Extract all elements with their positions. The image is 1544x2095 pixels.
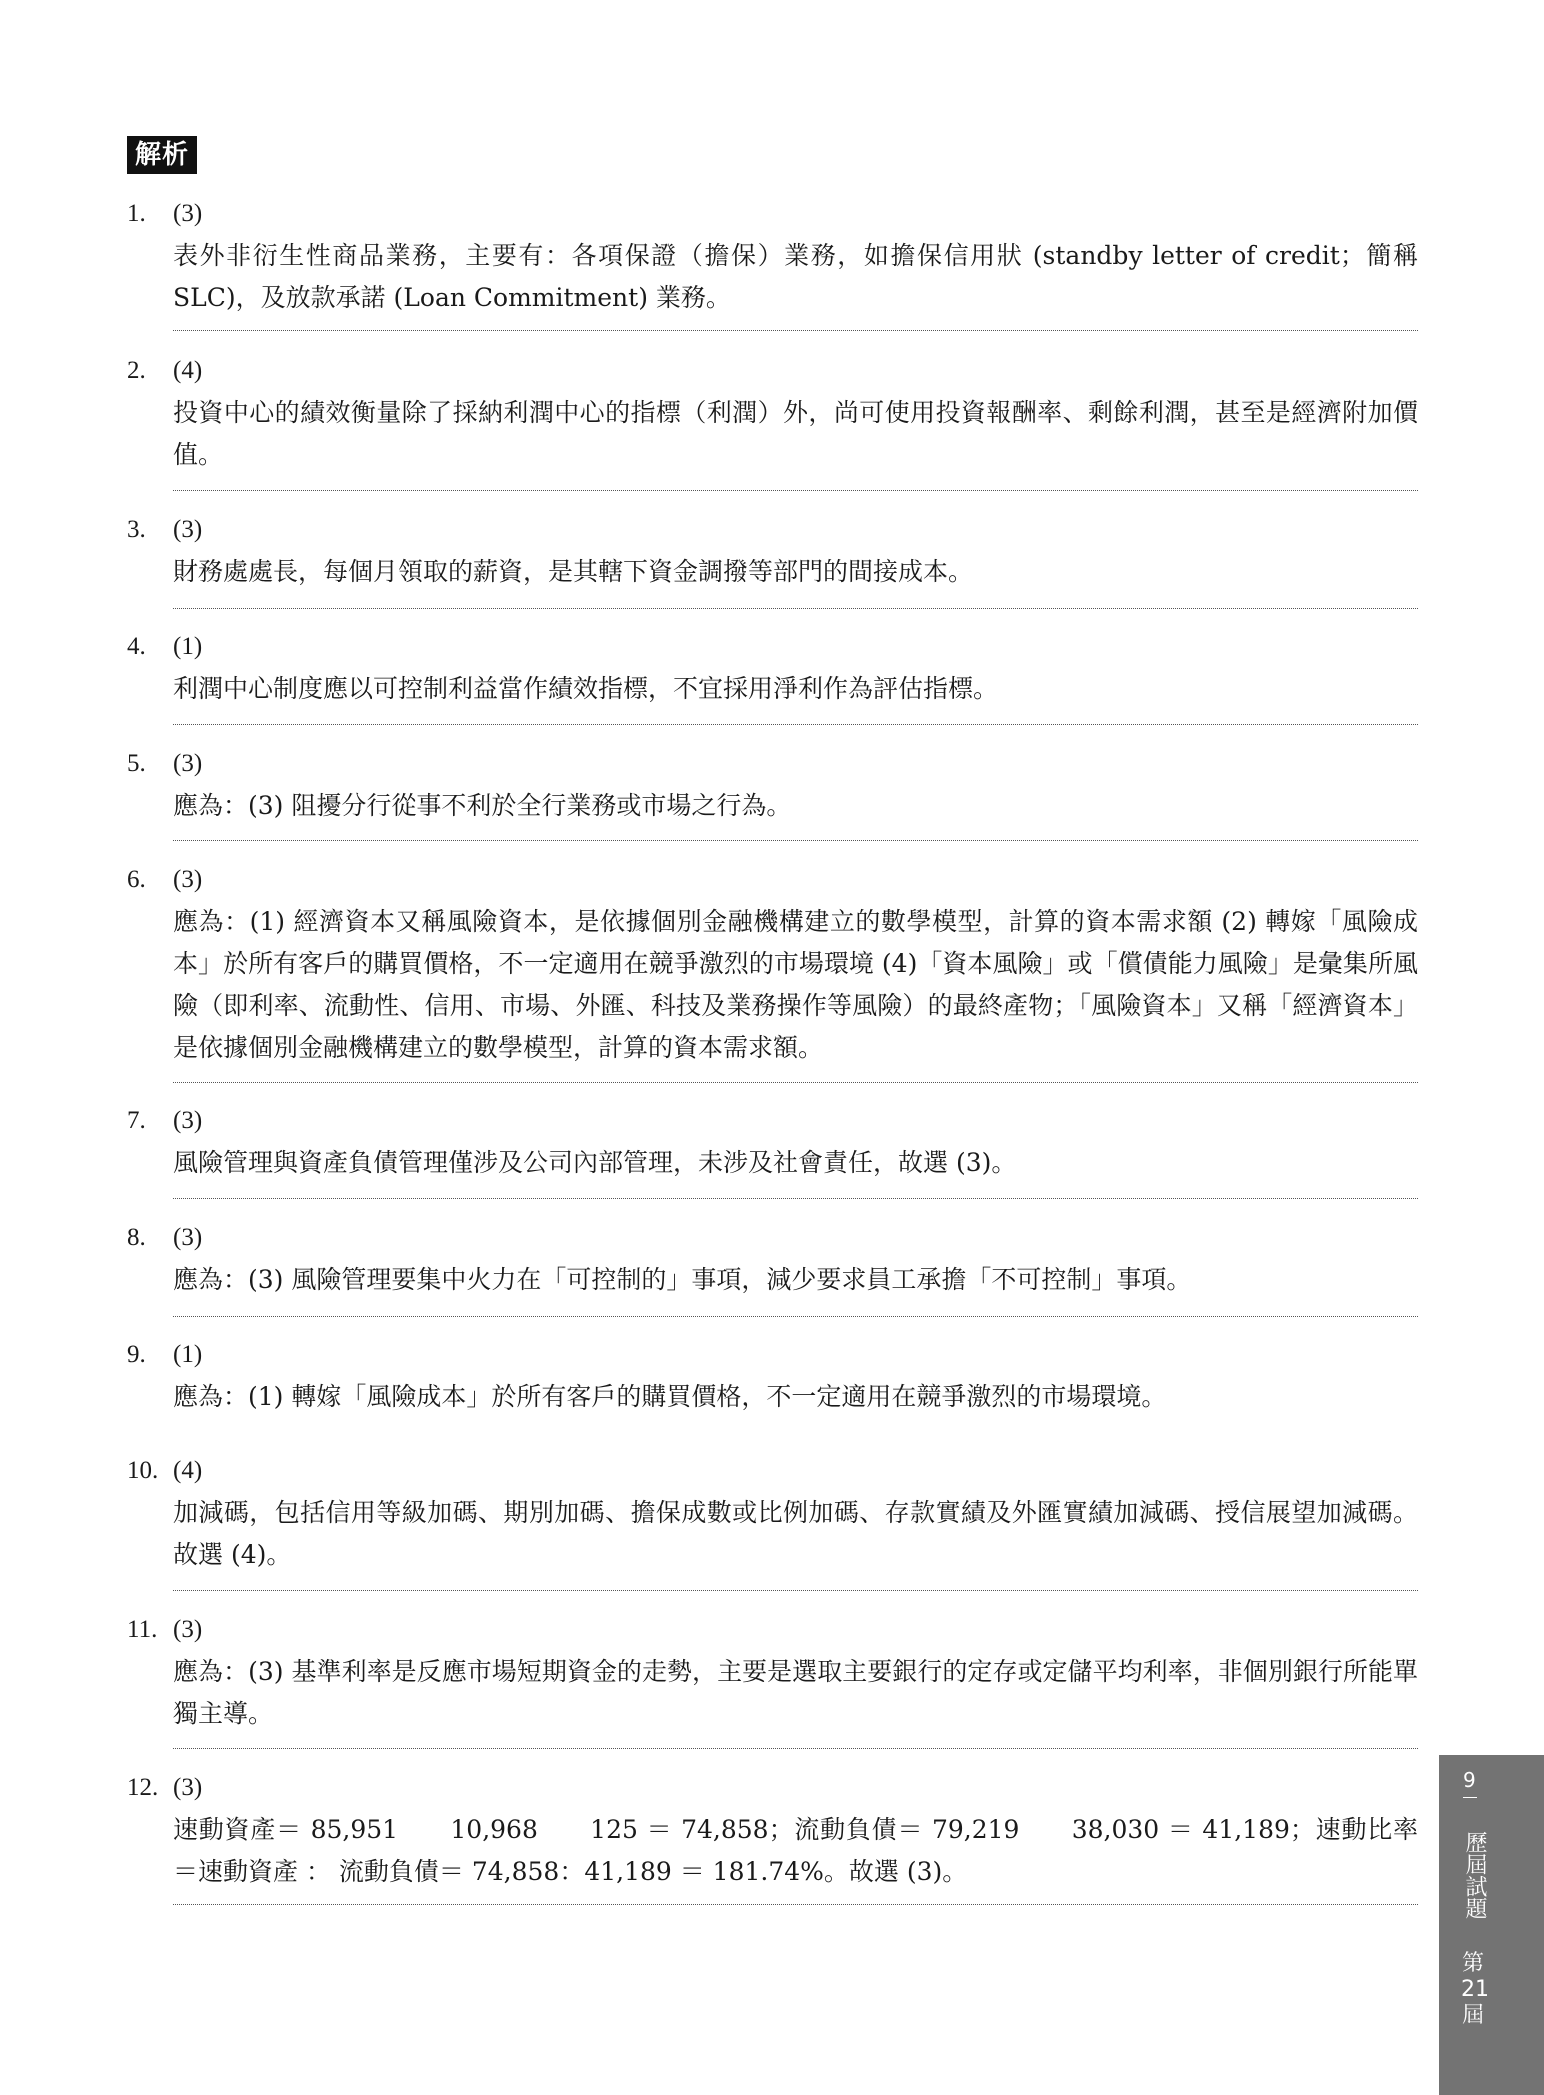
item-number: 3. [127, 509, 146, 551]
item-answer: (3) [173, 743, 202, 785]
item-answer: (1) [173, 626, 202, 668]
item-explanation: 應為：(1) 經濟資本又稱風險資本，是依據個別金融機構建立的數學模型，計算的資本… [173, 901, 1418, 1069]
item-answer: (3) [173, 859, 202, 901]
dotted-divider [173, 330, 1418, 331]
item-number: 8. [127, 1217, 146, 1259]
dotted-divider [173, 1316, 1418, 1317]
item-number: 12. [127, 1767, 158, 1809]
item-number: 7. [127, 1100, 146, 1142]
section-label-text: 歷屆試題 [1461, 1831, 1487, 1919]
item-answer: (3) [173, 1767, 202, 1809]
item-number: 2. [127, 350, 146, 392]
item-number: 6. [127, 859, 146, 901]
edition-char: 第 [1461, 1951, 1485, 1977]
item-number: 11. [127, 1609, 157, 1651]
item-answer: (1) [173, 1334, 202, 1376]
item-explanation: 加減碼，包括信用等級加碼、期別加碼、擔保成數或比例加碼、存款實績及外匯實績加減碼… [173, 1492, 1418, 1576]
item-explanation: 財務處處長，每個月領取的薪資，是其轄下資金調撥等部門的間接成本。 [173, 551, 1418, 593]
chapter-thumb-tab: 9 歷屆試題 第 21 屆 [1439, 1755, 1544, 2095]
item-explanation: 應為：(3) 基準利率是反應市場短期資金的走勢，主要是選取主要銀行的定存或定儲平… [173, 1651, 1418, 1735]
item-explanation: 風險管理與資產負債管理僅涉及公司內部管理，未涉及社會責任，故選 (3)。 [173, 1142, 1418, 1184]
item-explanation: 表外非衍生性商品業務，主要有：各項保證（擔保）業務，如擔保信用狀 (standb… [173, 235, 1418, 319]
item-number: 1. [127, 193, 146, 235]
section-heading: 解析 [127, 136, 197, 174]
edition-char: 屆 [1461, 2003, 1485, 2029]
dotted-divider [173, 1748, 1418, 1749]
item-answer: (3) [173, 1100, 202, 1142]
dotted-divider [173, 724, 1418, 725]
dotted-divider [173, 608, 1418, 609]
item-explanation: 應為：(3) 風險管理要集中火力在「可控制的」事項，減少要求員工承擔「不可控制」… [173, 1259, 1418, 1301]
item-answer: (3) [173, 509, 202, 551]
item-answer: (3) [173, 193, 202, 235]
item-answer: (3) [173, 1609, 202, 1651]
item-number: 10. [127, 1450, 158, 1492]
item-explanation: 應為：(1) 轉嫁「風險成本」於所有客戶的購買價格，不一定適用在競爭激烈的市場環… [173, 1376, 1418, 1418]
item-answer: (4) [173, 350, 202, 392]
dotted-divider [173, 1590, 1418, 1591]
page-number-underline [1463, 1797, 1477, 1798]
dotted-divider [173, 1198, 1418, 1199]
edition-label: 第 21 屆 [1461, 1951, 1485, 2029]
item-number: 9. [127, 1334, 146, 1376]
item-number: 4. [127, 626, 146, 668]
dotted-divider [173, 490, 1418, 491]
item-explanation: 應為：(3) 阻擾分行從事不利於全行業務或市場之行為。 [173, 785, 1418, 827]
dotted-divider [173, 840, 1418, 841]
item-answer: (3) [173, 1217, 202, 1259]
dotted-divider [173, 1082, 1418, 1083]
section-label: 歷屆試題 [1461, 1831, 1485, 1919]
item-explanation: 投資中心的績效衡量除了採納利潤中心的指標（利潤）外，尚可使用投資報酬率、剩餘利潤… [173, 392, 1418, 476]
page-number: 9 [1463, 1769, 1476, 1791]
item-number: 5. [127, 743, 146, 785]
item-explanation: 利潤中心制度應以可控制利益當作績效指標，不宜採用淨利作為評估指標。 [173, 668, 1418, 710]
item-answer: (4) [173, 1450, 202, 1492]
dotted-divider [173, 1904, 1418, 1905]
edition-number: 21 [1461, 1977, 1485, 2003]
item-explanation: 速動資產＝ 85,951 10,968 125 ＝ 74,858；流動負債＝ 7… [173, 1809, 1418, 1893]
